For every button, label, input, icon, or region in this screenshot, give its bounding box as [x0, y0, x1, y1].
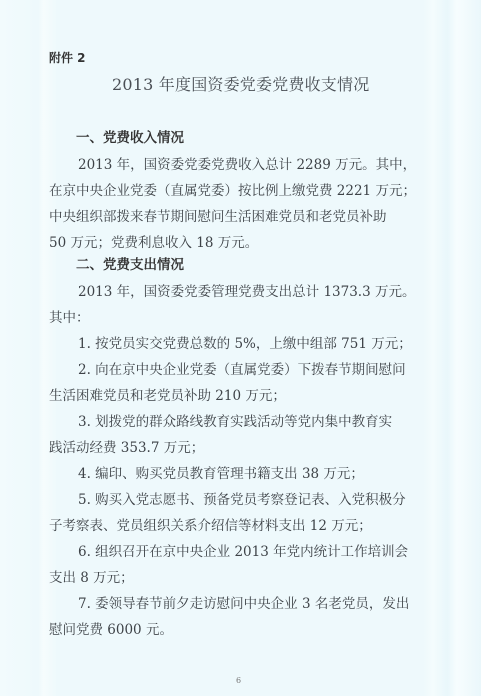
- expense-item-6-line-2: 支出 8 万元；: [49, 566, 134, 586]
- expense-item-5-line-2: 子考察表、党员组织关系介绍信等材料支出 12 万元；: [49, 514, 372, 534]
- document-title: 2013 年度国资委党委党费收支情况: [112, 72, 369, 95]
- section-heading-expense: 二、党费支出情况: [76, 253, 184, 273]
- section-heading-income: 一、党费收入情况: [76, 126, 184, 146]
- page-number: 6: [236, 676, 241, 685]
- document-page: 附件 2 2013 年度国资委党委党费收支情况 一、党费收入情况 2013 年，…: [0, 0, 481, 696]
- expense-item-4: 4. 编印、购买党员教育管理书籍支出 38 万元；: [78, 462, 364, 482]
- income-line-3: 中央组织部拨来春节期间慰问生活困难党员和老党员补助: [49, 205, 387, 225]
- expense-item-7-line-1: 7. 委领导春节前夕走访慰问中央企业 3 名老党员，发出: [78, 592, 409, 612]
- expense-item-1: 1. 按党员实交党费总数的 5%，上缴中组部 751 万元；: [78, 332, 412, 352]
- income-line-1: 2013 年，国资委党委党费收入总计 2289 万元。其中，: [78, 153, 416, 173]
- income-line-2: 在京中央企业党委（直属党委）按比例上缴党费 2221 万元；: [49, 179, 416, 199]
- expense-item-7-line-2: 慰问党费 6000 元。: [49, 618, 173, 638]
- expense-line-2: 其中：: [49, 306, 90, 326]
- expense-item-5-line-1: 5. 购买入党志愿书、预备党员考察登记表、入党积极分: [78, 488, 406, 508]
- expense-line-1: 2013 年，国资委党委管理党费支出总计 1373.3 万元。: [78, 280, 415, 300]
- attachment-label: 附件 2: [49, 49, 86, 66]
- expense-item-3-line-2: 践活动经费 353.7 万元；: [49, 436, 204, 456]
- income-line-4: 50 万元；党费利息收入 18 万元。: [49, 231, 258, 251]
- expense-item-6-line-1: 6. 组织召开在京中央企业 2013 年党内统计工作培训会: [78, 540, 408, 560]
- expense-item-2-line-2: 生活困难党员和老党员补助 210 万元；: [49, 384, 286, 404]
- expense-item-2-line-1: 2. 向在京中央企业党委（直属党委）下拨春节期间慰问: [78, 358, 406, 378]
- expense-item-3-line-1: 3. 划拨党的群众路线教育实践活动等党内集中教育实: [78, 410, 392, 430]
